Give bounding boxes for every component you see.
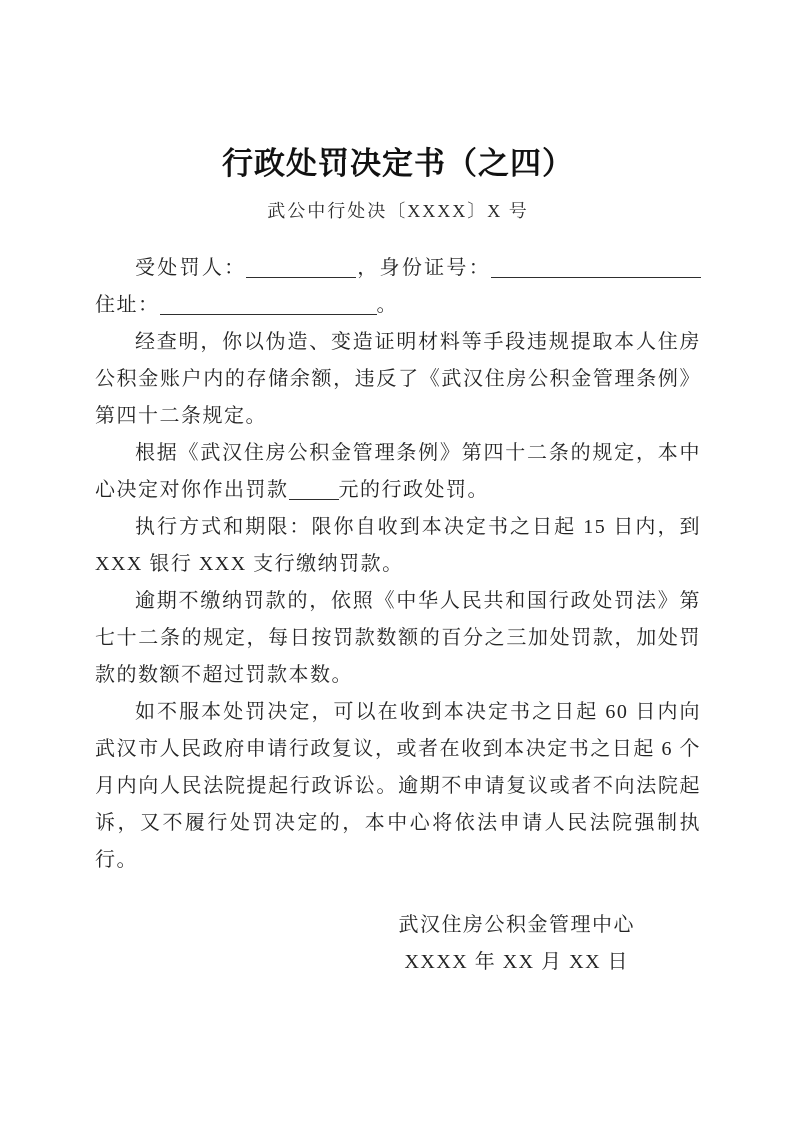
- fill-in-blank: [491, 255, 701, 278]
- fill-in-blank: [160, 292, 377, 315]
- document-title: 行政处罚决定书（之四）: [95, 143, 701, 185]
- paragraph-text: 住址：: [95, 294, 160, 316]
- paragraph-execution-terms: 执行方式和期限：限你自收到本决定书之日起 15 日内，到XXX 银行 XXX 支…: [95, 509, 701, 583]
- paragraph-text: 执行方式和期限：限你自收到本决定书之日起 15 日内，到XXX 银行 XXX 支…: [95, 516, 701, 575]
- paragraph-text: 。: [377, 294, 399, 316]
- signature-inner: 武汉住房公积金管理中心 XXXX 年 XX 月 XX 日: [399, 907, 636, 981]
- document-number: 武公中行处决〔XXXX〕X 号: [95, 198, 701, 224]
- document-page: 行政处罚决定书（之四） 武公中行处决〔XXXX〕X 号 受处罚人：，身份证号：住…: [0, 0, 793, 1122]
- signature-organization: 武汉住房公积金管理中心: [399, 907, 636, 944]
- paragraphs: 受处罚人：，身份证号：住址：。经查明，你以伪造、变造证明材料等手段违规提取本人住…: [95, 250, 701, 879]
- document-body: 受处罚人：，身份证号：住址：。经查明，你以伪造、变造证明材料等手段违规提取本人住…: [95, 250, 701, 879]
- paragraph-text: 受处罚人：: [135, 257, 246, 279]
- paragraph-text: 逾期不缴纳罚款的，依照《中华人民共和国行政处罚法》第七十二条的规定，每日按罚款数…: [95, 590, 701, 686]
- fill-in-blank: [289, 477, 339, 500]
- signature-date: XXXX 年 XX 月 XX 日: [399, 944, 636, 981]
- paragraph-text: 如不服本处罚决定，可以在收到本决定书之日起 60 日内向武汉市人民政府申请行政复…: [95, 701, 701, 871]
- paragraph-facts: 经查明，你以伪造、变造证明材料等手段违规提取本人住房公积金账户内的存储余额，违反…: [95, 324, 701, 435]
- paragraph-appeal-rights: 如不服本处罚决定，可以在收到本决定书之日起 60 日内向武汉市人民政府申请行政复…: [95, 694, 701, 879]
- paragraph-late-payment-penalty: 逾期不缴纳罚款的，依照《中华人民共和国行政处罚法》第七十二条的规定，每日按罚款数…: [95, 583, 701, 694]
- fill-in-blank: [246, 255, 356, 278]
- paragraph-penalty-decision: 根据《武汉住房公积金管理条例》第四十二条的规定，本中心决定对你作出罚款元的行政处…: [95, 435, 701, 509]
- signature-block: 武汉住房公积金管理中心 XXXX 年 XX 月 XX 日: [95, 907, 701, 981]
- paragraph-text: ，身份证号：: [356, 257, 491, 279]
- paragraph-party-info: 受处罚人：，身份证号：住址：。: [95, 250, 701, 324]
- paragraph-text: 元的行政处罚。: [339, 479, 490, 501]
- paragraph-text: 经查明，你以伪造、变造证明材料等手段违规提取本人住房公积金账户内的存储余额，违反…: [95, 331, 701, 427]
